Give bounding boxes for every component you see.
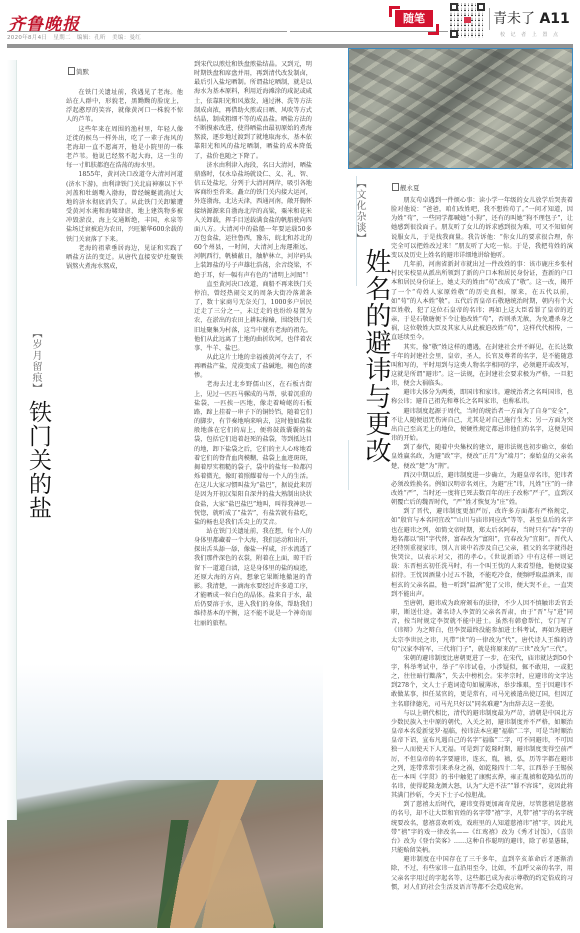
section-tag: 随笔 — [387, 6, 441, 31]
article-byline: 简默 — [68, 67, 89, 76]
article-kicker: 【文化杂谈】 — [352, 178, 367, 244]
article-byline: 靓永夏 — [392, 183, 420, 192]
page-number: A11 — [539, 11, 569, 27]
header-rule — [290, 31, 448, 32]
designer-credit: 美编：曼红 — [112, 35, 141, 41]
column-rule — [16, 60, 17, 820]
article-kicker: 【岁月留痕】 — [28, 328, 43, 394]
article-headline: 铁门关的盐 — [22, 400, 55, 520]
editor-credit: 编辑：孔昕 — [77, 35, 106, 41]
header-divider — [489, 8, 490, 30]
bracket-decoration — [428, 24, 439, 35]
issue-date: 2020年8月4日 — [7, 35, 47, 41]
article-body-column-1: 在铁门关遗址前，我遇见了老海。他站在人群中，形貌老，黑黝黝的脸庞上，浮起憨厚的笑… — [66, 88, 183, 788]
issue-weekday: 星期二 — [53, 35, 70, 41]
movable-type-blocks-photo — [348, 48, 573, 169]
page-label: 青未了 A11 — [493, 8, 570, 28]
page-title: 青未了 — [493, 11, 535, 27]
yellow-river-delta-photo — [7, 780, 323, 928]
article-headline: 姓名的避讳与更改 — [358, 248, 395, 464]
qr-code-icon[interactable] — [450, 3, 485, 38]
article-body: 朋友苟卓遇到一件烦心事：读小学一年级的女儿放学后哭丧着脸对他说：“爸爸，咱们改姓… — [391, 196, 573, 926]
dateline: 2020年8月4日 星期二 编辑：孔昕 美编：曼红 — [7, 33, 141, 41]
proofreader-credit: 校 记 者 上 置 点 — [500, 31, 560, 38]
article-body-column-2: 到宋代以煎灶和铁盘煎盐结晶。又到元，明时期铁盘和席盘并用，再到清代改发制卤，最后… — [194, 60, 312, 788]
header-rule — [7, 31, 287, 32]
column-rule — [348, 440, 349, 490]
